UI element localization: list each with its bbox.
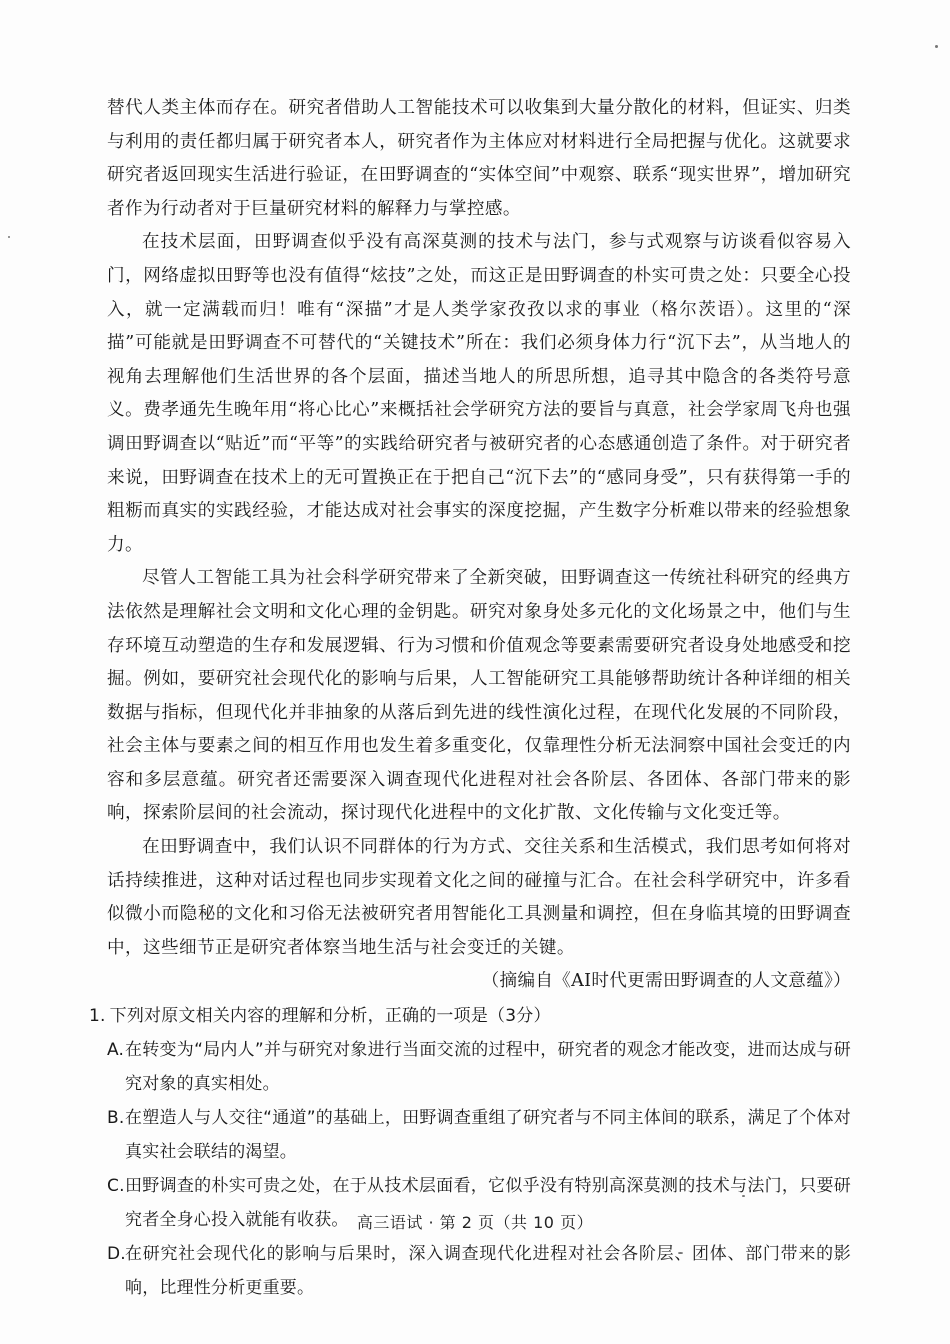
option-letter: B.: [107, 1101, 125, 1169]
scan-speck: [742, 1195, 745, 1197]
option-d: D. 在研究社会现代化的影响与后果时，深入调查现代化进程对社会各阶层、团体、部门…: [107, 1237, 851, 1305]
option-text: 在转变为“局内人”并与研究对象进行当面交流的过程中，研究者的观念才能改变，进而达…: [125, 1033, 851, 1101]
passage-paragraph-2: 在技术层面，田野调查似乎没有高深莫测的技术与法门，参与式观察与访谈看似容易入门，…: [107, 226, 851, 562]
question-stem: 1.下列对原文相关内容的理解和分析，正确的一项是（3分）: [89, 999, 851, 1033]
passage-source: （摘编自《AI时代更需田野调查的人文意蕴》）: [107, 965, 851, 999]
option-letter: A.: [107, 1033, 125, 1101]
question-stem-text: 下列对原文相关内容的理解和分析，正确的一项是（3分）: [110, 1006, 551, 1026]
option-b: B. 在塑造人与人交往“通道”的基础上，田野调查重组了研究者与不同主体间的联系，…: [107, 1101, 851, 1169]
question-number: 1.: [89, 1006, 106, 1026]
exam-page: 替代人类主体而存在。研究者借助人工智能技术可以收集到大量分散化的材料，但证实、归…: [107, 92, 851, 1305]
reading-passage: 替代人类主体而存在。研究者借助人工智能技术可以收集到大量分散化的材料，但证实、归…: [107, 92, 851, 999]
option-a: A. 在转变为“局内人”并与研究对象进行当面交流的过程中，研究者的观念才能改变，…: [107, 1033, 851, 1101]
option-letter: D.: [107, 1237, 125, 1305]
page-footer: 高三语试 · 第 2 页（共 10 页）: [0, 1210, 950, 1233]
passage-paragraph-1: 替代人类主体而存在。研究者借助人工智能技术可以收集到大量分散化的材料，但证实、归…: [107, 92, 851, 226]
question-1: 1.下列对原文相关内容的理解和分析，正确的一项是（3分） A. 在转变为“局内人…: [107, 999, 851, 1305]
scan-speck: [678, 1252, 683, 1254]
option-text: 在研究社会现代化的影响与后果时，深入调查现代化进程对社会各阶层、团体、部门带来的…: [125, 1237, 851, 1305]
passage-paragraph-3: 尽管人工智能工具为社会科学研究带来了全新突破，田野调查这一传统社科研究的经典方法…: [107, 562, 851, 831]
scan-speck: [8, 236, 10, 238]
scan-speck: [935, 45, 938, 48]
passage-paragraph-4: 在田野调查中，我们认识不同群体的行为方式、交往关系和生活模式，我们思考如何将对话…: [107, 831, 851, 965]
option-text: 在塑造人与人交往“通道”的基础上，田野调查重组了研究者与不同主体间的联系，满足了…: [125, 1101, 851, 1169]
